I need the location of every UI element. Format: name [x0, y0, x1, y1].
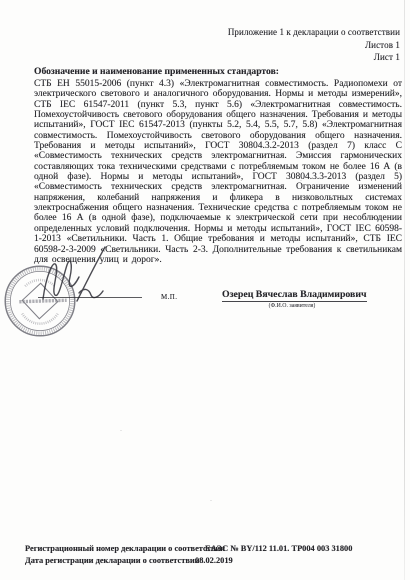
applicant-name: Озерец Вячеслав Владимирович: [222, 289, 367, 302]
registration-number-value: ЕАЭС № BY/112 11.01. ТР004 003 31800: [205, 543, 352, 555]
standards-section: Обозначение и наименование примененных с…: [34, 66, 402, 265]
sheet-number: Лист 1: [228, 51, 400, 64]
standards-text: СТБ ЕН 55015-2006 (пункт 4.3) «Электрома…: [34, 79, 402, 265]
scan-speck: [210, 500, 212, 501]
stamp-place-abbr: М.П.: [161, 293, 177, 301]
registration-number-row: Регистрационный номер декларации о соотв…: [25, 543, 405, 555]
registration-date-row: Дата регистрации декларации о соответств…: [25, 555, 405, 567]
page-header: Приложение 1 к декларации о соответствии…: [228, 26, 400, 64]
handwritten-signature: [33, 243, 117, 311]
registration-date-label: Дата регистрации декларации о соответств…: [25, 556, 200, 565]
applicant-block: Озерец Вячеслав Владимирович (Ф.И.О. зая…: [222, 284, 362, 309]
registration-date-value: 08.02.2019: [195, 555, 233, 567]
signature-area: М.П. Озерец Вячеслав Владимирович (Ф.И.О…: [0, 240, 410, 370]
declaration-annex-page: Приложение 1 к декларации о соответствии…: [0, 0, 410, 580]
applicant-caption: (Ф.И.О. заявителя): [222, 303, 362, 309]
standards-heading: Обозначение и наименование примененных с…: [34, 66, 402, 78]
signature-line: [38, 297, 142, 298]
annex-title: Приложение 1 к декларации о соответствии: [228, 26, 400, 39]
scan-speck: [120, 430, 122, 431]
registration-block: Регистрационный номер декларации о соотв…: [25, 543, 405, 566]
registration-number-label: Регистрационный номер декларации о соотв…: [25, 544, 225, 553]
sheets-total: Листов 1: [228, 39, 400, 52]
